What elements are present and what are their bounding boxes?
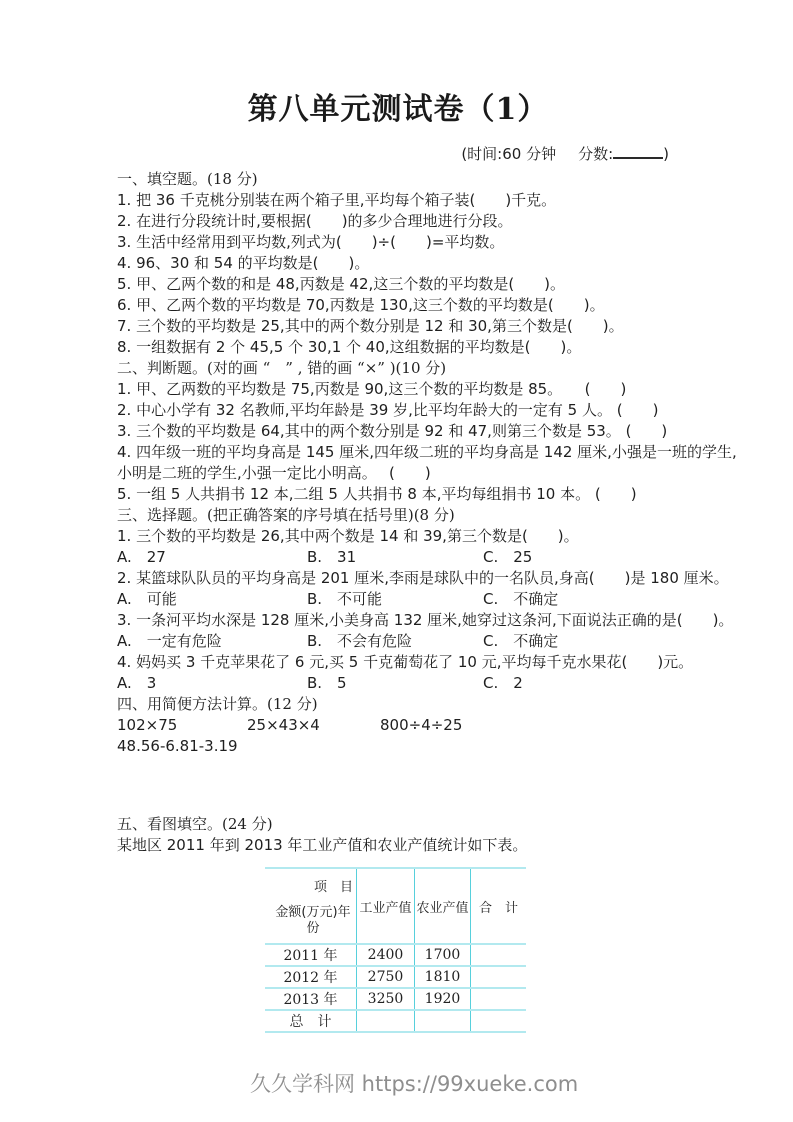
time-label: (时间:60 分钟 xyxy=(461,145,556,163)
section2-heading: 二、判断题。(对的画 “ ” , 错的画 “×” )(10 分) xyxy=(117,358,679,379)
section4-heading: 四、用简便方法计算。(12 分) xyxy=(117,694,679,715)
fill-in-question-line: 1. 把 36 千克桃分别装在两个箱子里,平均每个箱子装( )千克。 xyxy=(117,190,679,211)
section1-fill-in-questions: 1. 把 36 千克桃分别装在两个箱子里,平均每个箱子装( )千克。2. 在进行… xyxy=(117,190,679,358)
row-label-cell: 总 计 xyxy=(265,1010,357,1032)
table-corner-cell: 项 目 金额(万元)年份 xyxy=(265,868,357,944)
value-cell: 2750 xyxy=(357,966,415,988)
option-b: B. 不会有危险 xyxy=(307,631,483,652)
fill-in-question-line: 5. 甲、乙两个数的和是 48,丙数是 42,这三个数的平均数是( )。 xyxy=(117,274,679,295)
table-row: 2011 年24001700 xyxy=(265,944,526,966)
choice-question-line: 2. 某篮球队队员的平均身高是 201 厘米,李雨是球队中的一名队员,身高( )… xyxy=(117,568,679,589)
test-paper-page: 第八单元测试卷（1） (时间:60 分钟分数:) 一、填空题。(18 分) 1.… xyxy=(117,0,679,1033)
watermark: 久久学科网 https://99xueke.com xyxy=(250,1068,578,1098)
column-header-industrial: 工业产值 xyxy=(357,868,415,944)
option-b: B. 5 xyxy=(307,673,483,694)
empty-value-cell xyxy=(471,966,527,988)
calc-expression: 800÷4÷25 xyxy=(380,716,462,734)
section3-choice-questions: 1. 三个数的平均数是 26,其中两个数是 14 和 39,第三个数是( )。A… xyxy=(117,526,679,694)
judgment-statement-line: 小明是二班的学生,小强一定比小明高。 ( ) xyxy=(117,463,679,484)
section4-expression-2: 48.56-6.81-3.19 xyxy=(117,736,679,757)
row-label-cell: 2011 年 xyxy=(265,944,357,966)
meta-line: (时间:60 分钟分数:) xyxy=(117,143,679,164)
fill-in-question-line: 3. 生活中经常用到平均数,列式为( )÷( )=平均数。 xyxy=(117,232,679,253)
corner-label-amount-year: 金额(万元)年份 xyxy=(273,905,353,937)
choice-options-row: A. 27B. 31C. 25 xyxy=(117,547,679,568)
section2-judgment-statements: 1. 甲、乙两数的平均数是 75,丙数是 90,这三个数的平均数是 85。 ( … xyxy=(117,379,679,505)
option-b: B. 不可能 xyxy=(307,589,483,610)
section1-heading: 一、填空题。(18 分) xyxy=(117,169,679,190)
value-cell: 2400 xyxy=(357,944,415,966)
column-header-agricultural: 农业产值 xyxy=(415,868,471,944)
option-a: A. 27 xyxy=(117,547,307,568)
section3-heading: 三、选择题。(把正确答案的序号填在括号里)(8 分) xyxy=(117,505,679,526)
fill-in-question-line: 7. 三个数的平均数是 25,其中的两个数分别是 12 和 30,第三个数是( … xyxy=(117,316,679,337)
score-blank-underline xyxy=(613,143,663,159)
value-cell: 1920 xyxy=(415,988,471,1010)
empty-value-cell xyxy=(471,988,527,1010)
value-cell: 1700 xyxy=(415,944,471,966)
option-c: C. 不确定 xyxy=(483,590,558,608)
calc-expression: 102×75 xyxy=(117,715,247,736)
row-label-cell: 2012 年 xyxy=(265,966,357,988)
row-label-cell: 2013 年 xyxy=(265,988,357,1010)
corner-label-item: 项 目 xyxy=(265,875,356,896)
choice-question-line: 4. 妈妈买 3 千克苹果花了 6 元,买 5 千克葡萄花了 10 元,平均每千… xyxy=(117,652,679,673)
table-row: 总 计 xyxy=(265,1010,526,1032)
judgment-statement-line: 4. 四年级一班的平均身高是 145 厘米,四年级二班的平均身高是 142 厘米… xyxy=(117,442,679,463)
choice-options-row: A. 可能B. 不可能C. 不确定 xyxy=(117,589,679,610)
table-row: 2013 年32501920 xyxy=(265,988,526,1010)
fill-in-question-line: 8. 一组数据有 2 个 45,5 个 30,1 个 40,这组数据的平均数是(… xyxy=(117,337,679,358)
judgment-statement-line: 3. 三个数的平均数是 64,其中的两个数分别是 92 和 47,则第三个数是 … xyxy=(117,421,679,442)
empty-value-cell xyxy=(471,1010,527,1032)
table-header-row: 项 目 金额(万元)年份 工业产值 农业产值 合 计 xyxy=(265,868,526,944)
choice-options-row: A. 一定有危险B. 不会有危险C. 不确定 xyxy=(117,631,679,652)
table-row: 2012 年27501810 xyxy=(265,966,526,988)
value-cell: 3250 xyxy=(357,988,415,1010)
empty-value-cell xyxy=(357,1010,415,1032)
judgment-statement-line: 1. 甲、乙两数的平均数是 75,丙数是 90,这三个数的平均数是 85。 ( … xyxy=(117,379,679,400)
blank-answer-space xyxy=(117,757,679,814)
calc-expression: 25×43×4 xyxy=(247,715,380,736)
section5-intro: 某地区 2011 年到 2013 年工业产值和农业产值统计如下表。 xyxy=(117,835,679,856)
choice-options-row: A. 3B. 5C. 2 xyxy=(117,673,679,694)
choice-question-line: 1. 三个数的平均数是 26,其中两个数是 14 和 39,第三个数是( )。 xyxy=(117,526,679,547)
option-b: B. 31 xyxy=(307,547,483,568)
output-statistics-table: 项 目 金额(万元)年份 工业产值 农业产值 合 计 2011 年2400170… xyxy=(265,867,526,1033)
choice-question-line: 3. 一条河平均水深是 128 厘米,小美身高 132 厘米,她穿过这条河,下面… xyxy=(117,610,679,631)
section4-expression-row: 102×7525×43×4800÷4÷25 xyxy=(117,715,679,736)
option-c: C. 25 xyxy=(483,548,532,566)
option-c: C. 2 xyxy=(483,674,523,692)
section5-heading: 五、看图填空。(24 分) xyxy=(117,814,679,835)
column-header-total: 合 计 xyxy=(471,868,527,944)
meta-close-paren: ) xyxy=(663,145,669,163)
option-a: A. 3 xyxy=(117,673,307,694)
fill-in-question-line: 4. 96、30 和 54 的平均数是( )。 xyxy=(117,253,679,274)
fill-in-question-line: 6. 甲、乙两个数的平均数是 70,丙数是 130,这三个数的平均数是( )。 xyxy=(117,295,679,316)
empty-value-cell xyxy=(471,944,527,966)
fill-in-question-line: 2. 在进行分段统计时,要根据( )的多少合理地进行分段。 xyxy=(117,211,679,232)
empty-value-cell xyxy=(415,1010,471,1032)
option-c: C. 不确定 xyxy=(483,632,558,650)
option-a: A. 一定有危险 xyxy=(117,631,307,652)
judgment-statement-line: 2. 中心小学有 32 名教师,平均年龄是 39 岁,比平均年龄大的一定有 5 … xyxy=(117,400,679,421)
score-label: 分数: xyxy=(578,145,613,163)
value-cell: 1810 xyxy=(415,966,471,988)
page-title: 第八单元测试卷（1） xyxy=(117,88,679,132)
judgment-statement-line: 5. 一组 5 人共捐书 12 本,二组 5 人共捐书 8 本,平均每组捐书 1… xyxy=(117,484,679,505)
option-a: A. 可能 xyxy=(117,589,307,610)
